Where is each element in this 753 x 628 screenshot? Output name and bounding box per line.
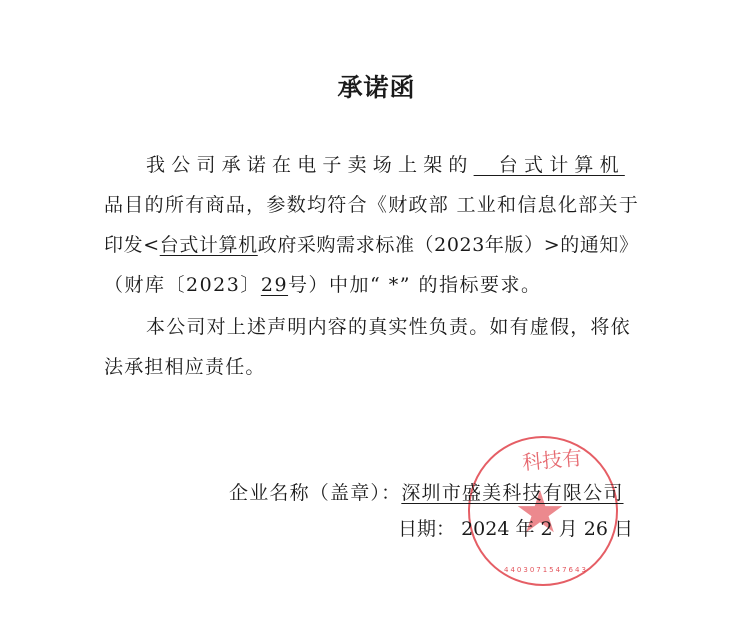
product-category: 台式计算机 — [474, 154, 625, 176]
date-line: 日期： 2024 年 2 月 26 日 — [398, 514, 633, 541]
paragraph-1-line-4: （财库〔2023〕29号）中加“ *” 的指标要求。 — [104, 270, 542, 297]
paragraph-2-line-2: 法承担相应责任。 — [104, 352, 266, 379]
company-signature: 企业名称（盖章）：深圳市盛美科技有限公司 — [229, 478, 624, 505]
paragraph-1-line-1: 我公司承诺在电子卖场上架的 台式计算机 — [146, 150, 625, 177]
paragraph-2-line-1: 本公司对上述声明内容的真实性负责。如有虚假，将依 — [146, 312, 631, 339]
company-label: 企业名称（盖章）： — [229, 482, 401, 504]
seal-text: 科技有 — [521, 441, 583, 475]
text: 印发< — [104, 234, 160, 256]
date-day: 26 — [584, 518, 608, 540]
text: （财库〔2023〕 — [104, 274, 261, 296]
seal-code: 4403071547643 — [504, 566, 588, 574]
day-unit: 日 — [614, 518, 633, 540]
year-unit: 年 — [515, 518, 534, 540]
date-label: 日期： — [398, 518, 455, 540]
text: 政府采购需求标准（2023年版）>的通知》 — [258, 234, 639, 256]
text: 本公司对上述声明内容的真实性负责。如有虚假，将依 — [146, 316, 631, 338]
month-unit: 月 — [559, 518, 578, 540]
text: 品目的所有商品，参数均符合《财政部 工业和信息化部关于 — [104, 194, 639, 216]
text: 法承担相应责任。 — [104, 356, 266, 378]
company-name: 深圳市盛美科技有限公司 — [401, 482, 623, 504]
paragraph-1-line-2: 品目的所有商品，参数均符合《财政部 工业和信息化部关于 — [104, 190, 639, 217]
product-category: 台式计算机 — [160, 234, 258, 256]
text: 我公司承诺在电子卖场上架的 — [146, 154, 474, 176]
company-seal: ★ 科技有 4403071547643 — [468, 436, 618, 586]
text: 号）中加“ *” 的指标要求。 — [288, 274, 542, 296]
document-title: 承诺函 — [0, 68, 753, 104]
date-month: 2 — [541, 518, 553, 540]
date-year: 2024 — [461, 518, 509, 540]
paragraph-1-line-3: 印发<台式计算机政府采购需求标准（2023年版）>的通知》 — [104, 230, 639, 257]
document-number: 29 — [261, 274, 288, 296]
